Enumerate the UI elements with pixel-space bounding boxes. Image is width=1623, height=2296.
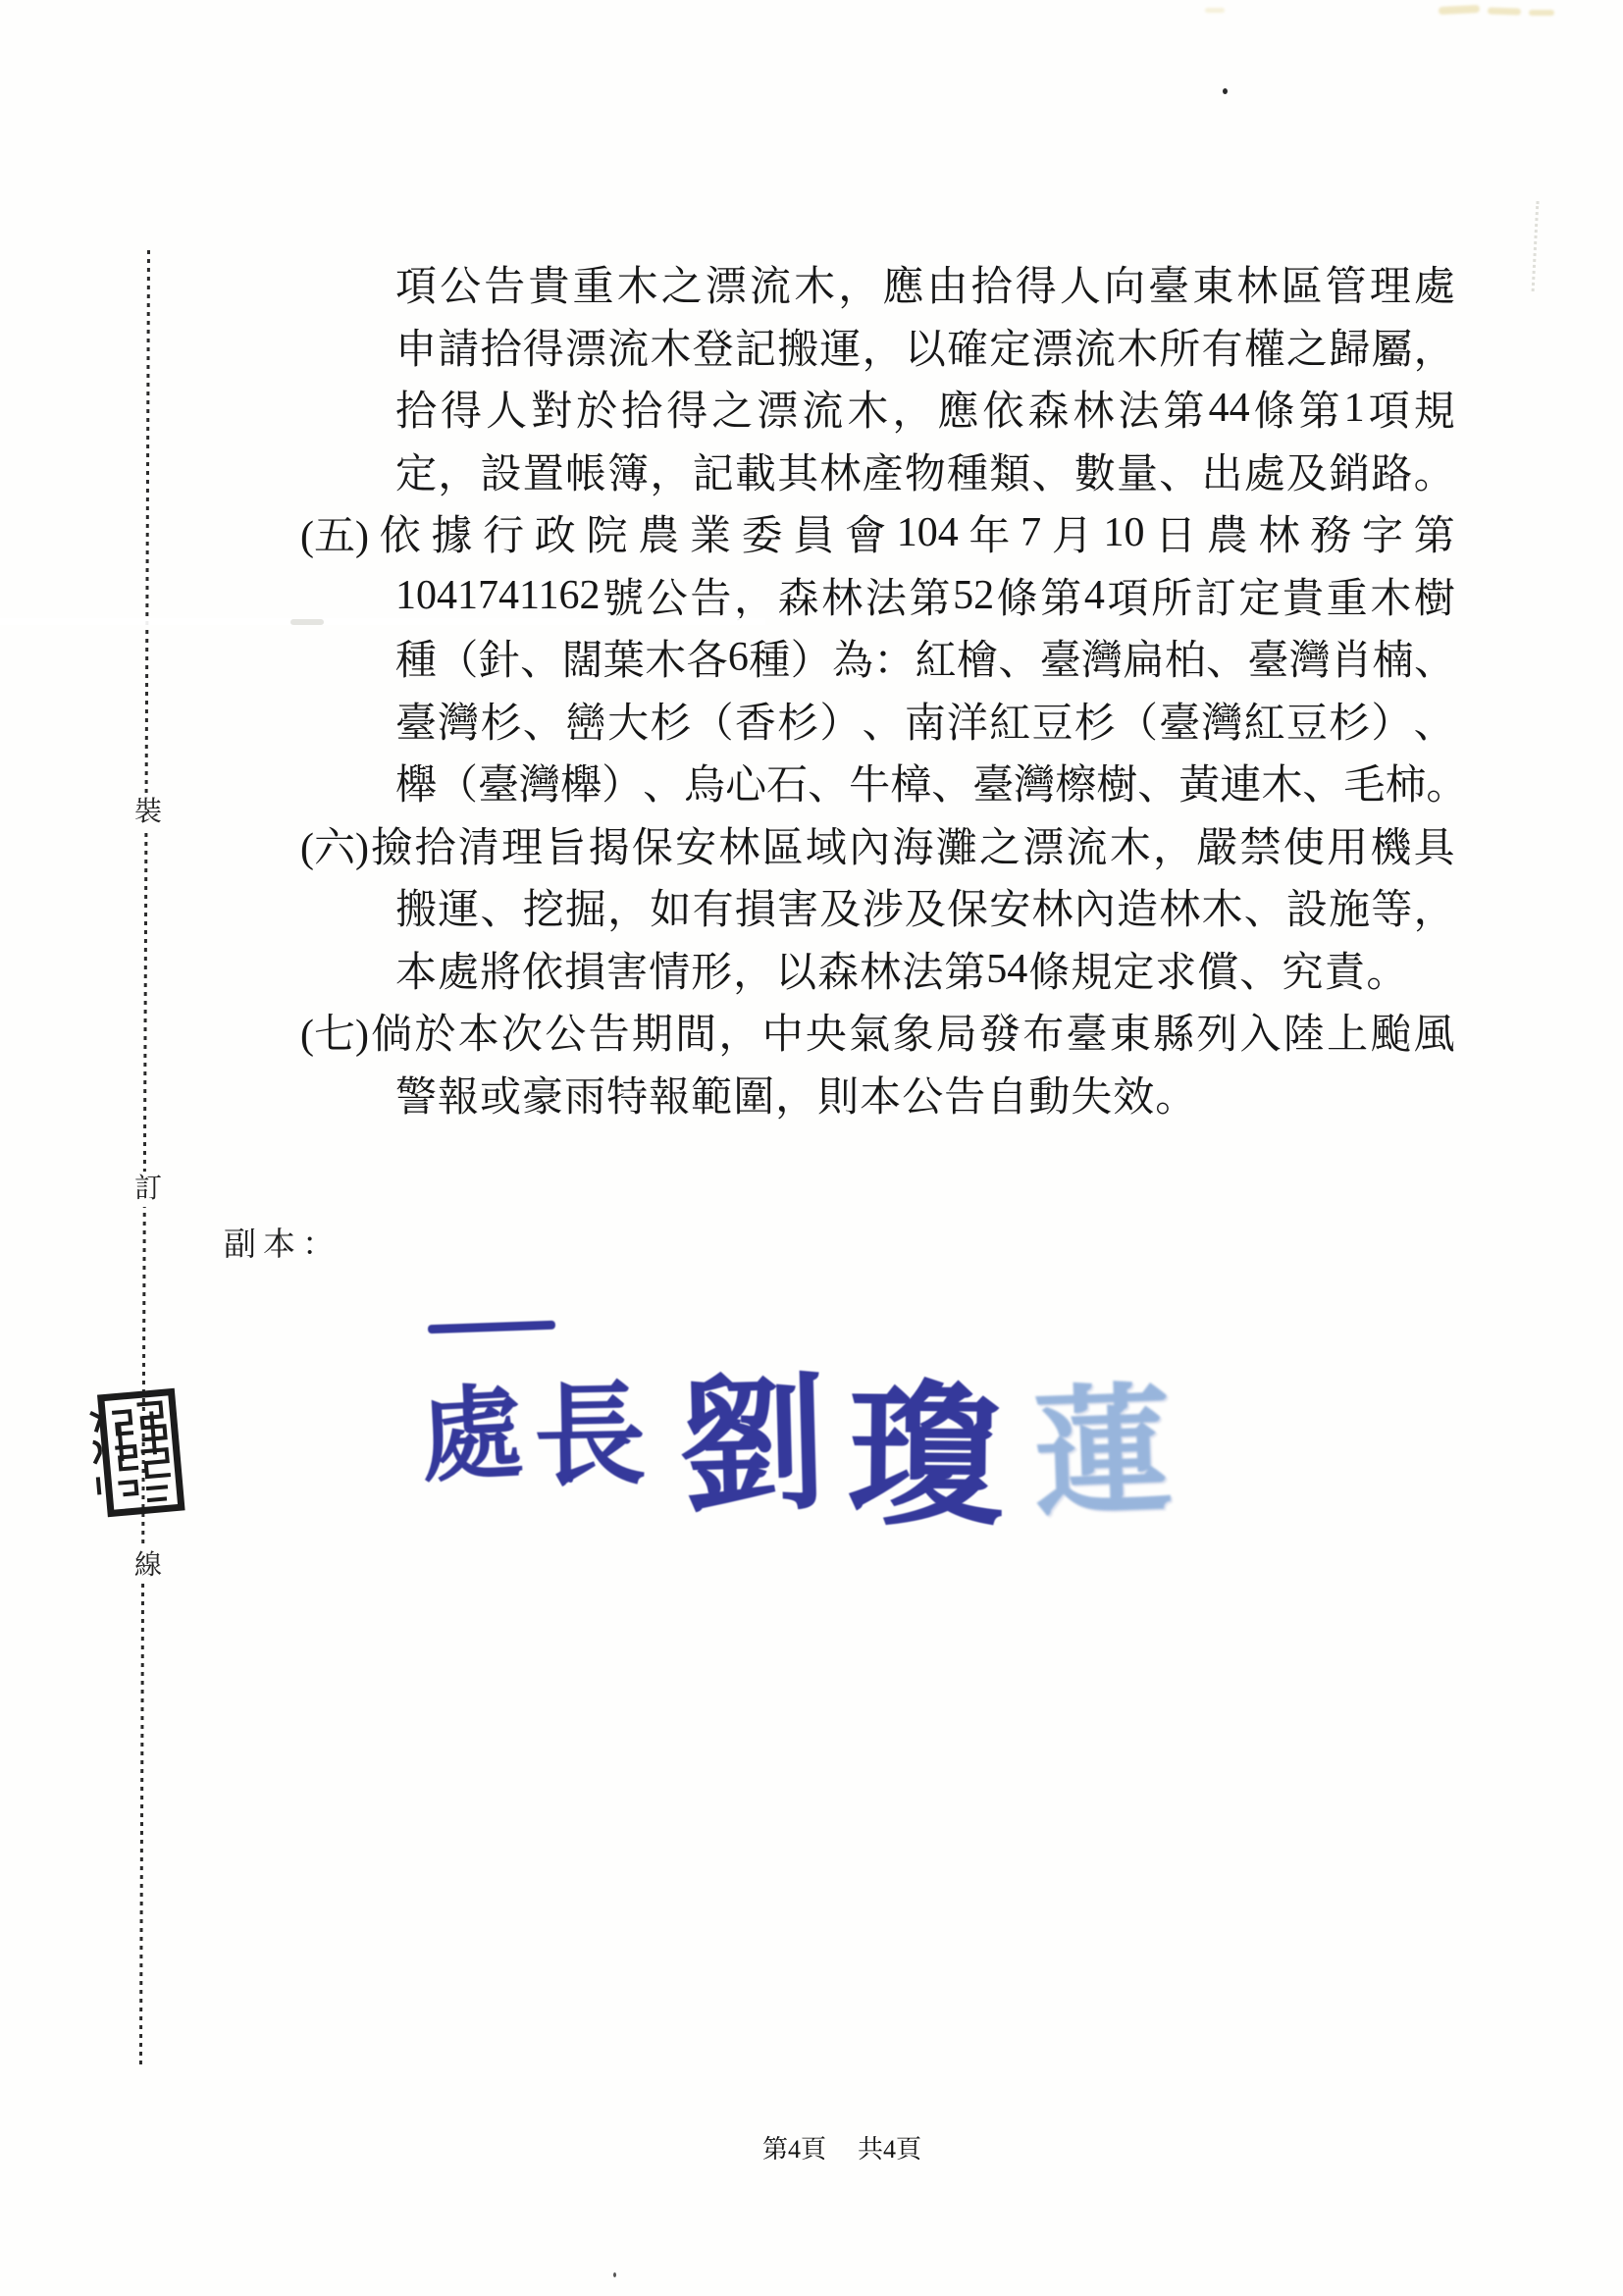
signature-name-char-1: 劉 (676, 1325, 829, 1540)
body-line: 拾得人對於拾得之漂流木，應依森林法第44條第1項規 (395, 378, 1455, 439)
ink-dot-artifact (568, 1477, 573, 1483)
yellow-smudge-artifact (1529, 10, 1554, 16)
list-item-marker: (六) (300, 815, 369, 874)
body-line: (五)依據行政院農業委員會104年7月10日農林務字第 (300, 502, 1455, 563)
binding-dotted-line (139, 250, 150, 2068)
yellow-smudge-artifact (1488, 7, 1521, 15)
body-line: 搬運、挖掘，如有損害及涉及保安林內造林木、設施等， (395, 876, 1455, 937)
scanner-streak-artifact (0, 618, 765, 625)
body-line: 1041741162號公告，森林法第52條第4項所訂定貴重木樹 (395, 565, 1455, 626)
list-item-marker: (七) (300, 1002, 369, 1061)
binding-char-ding: 訂 (132, 1172, 164, 1207)
body-line: (七)倘於本次公告期間，中央氣象局發布臺東縣列入陸上颱風 (300, 1001, 1455, 1062)
personal-seal-stamp (81, 1387, 190, 1523)
scanner-smudge-artifact (290, 619, 324, 625)
body-line: 項公告貴重木之漂流木，應由拾得人向臺東林區管理處 (395, 253, 1455, 314)
scan-speck (1223, 88, 1228, 94)
body-line: 本處將依損害情形，以森林法第54條規定求償、究責。 (395, 939, 1455, 1000)
scan-speck (613, 2272, 616, 2277)
faint-edge-mark (1532, 201, 1540, 291)
copy-label: 副本： (224, 1219, 341, 1265)
body-line: 臺灣杉、巒大杉（香杉）、南洋紅豆杉（臺灣紅豆杉）、 (395, 690, 1455, 751)
signature-title-char-2: 長 (533, 1345, 648, 1508)
signature-title-char-1: 處 (416, 1349, 526, 1501)
body-line: 櫸（臺灣櫸）、烏心石、牛樟、臺灣檫樹、黃連木、毛柿。 (395, 752, 1455, 812)
list-item-marker: (五) (300, 503, 369, 562)
scanned-document-page: 裝 訂 線 項公告貴重木之漂流木，應由拾得人向臺東林區管理處申請拾得漂流木登記搬… (0, 0, 1623, 2296)
body-line: (六)撿拾清理旨揭保安林區域內海灘之漂流木，嚴禁使用機具 (300, 814, 1455, 875)
body-line: 定，設置帳簿，記載其林產物種類、數量、出處及銷路。 (395, 441, 1455, 501)
body-line: 申請拾得漂流木登記搬運，以確定漂流木所有權之歸屬， (395, 316, 1455, 377)
signature-name-char-3-faded: 蓮 (1028, 1338, 1175, 1543)
body-line: 警報或豪雨特報範圍，則本公告自動失效。 (395, 1064, 1455, 1124)
footer-total-pages: 共4頁 (858, 2129, 921, 2166)
body-line: 種（針、闊葉木各6種）為：紅檜、臺灣扁柏、臺灣肖楠、 (395, 627, 1455, 688)
yellow-smudge-artifact (1205, 8, 1225, 13)
yellow-smudge-artifact (1439, 5, 1480, 15)
signature-ink-stroke (428, 1321, 555, 1334)
signature-name-char-2: 瓊 (847, 1331, 1004, 1555)
binding-char-zhuang: 裝 (132, 795, 164, 830)
footer-page-number: 第4頁 (762, 2129, 826, 2166)
page-footer: 第4頁 共4頁 (762, 2129, 921, 2166)
binding-char-xian: 線 (132, 1548, 164, 1584)
